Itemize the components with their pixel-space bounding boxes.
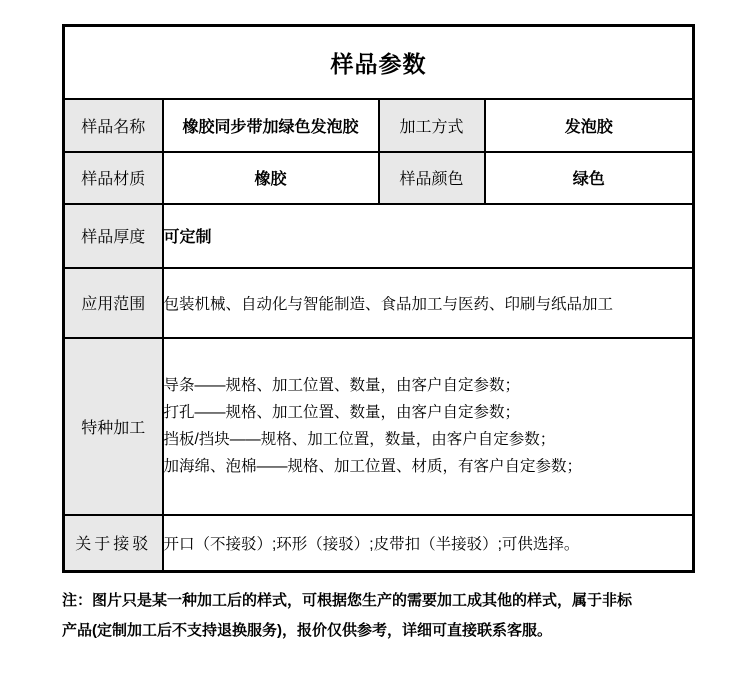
value-splicing: 开口（不接驳）;环形（接驳）;皮带扣（半接驳）;可供选择。 (163, 515, 694, 572)
footnote-line-1: 注：图片只是某一种加工后的样式，可根据您生产的需要加工成其他的样式，属于非标 (62, 586, 712, 616)
table-title-row: 样品参数 (64, 26, 694, 99)
footnote-line-2: 产品(定制加工后不支持退换服务)，报价仅供参考，详细可直接联系客服。 (62, 616, 712, 646)
table-row-application-scope: 应用范围 包装机械、自动化与智能制造、食品加工与医药、印刷与纸品加工 (64, 268, 694, 338)
label-application-scope: 应用范围 (64, 268, 163, 338)
label-sample-thickness: 样品厚度 (64, 204, 163, 268)
value-sample-material: 橡胶 (163, 152, 379, 204)
label-sample-name: 样品名称 (64, 99, 163, 152)
footnote: 注：图片只是某一种加工后的样式，可根据您生产的需要加工成其他的样式，属于非标 产… (62, 586, 712, 646)
page-canvas: 样品参数 样品名称 橡胶同步带加绿色发泡胶 加工方式 发泡胶 样品材质 橡胶 样… (0, 0, 750, 690)
label-splicing: 关于接驳 (64, 515, 163, 572)
special-processing-line-baffle: 挡板/挡块——规格、加工位置，数量，由客户自定参数； (164, 426, 693, 453)
value-special-processing: 导条——规格、加工位置、数量，由客户自定参数； 打孔——规格、加工位置、数量，由… (163, 338, 694, 515)
table-row-sample-name: 样品名称 橡胶同步带加绿色发泡胶 加工方式 发泡胶 (64, 99, 694, 152)
value-sample-thickness: 可定制 (163, 204, 694, 268)
value-processing-method: 发泡胶 (485, 99, 694, 152)
table-row-sample-material: 样品材质 橡胶 样品颜色 绿色 (64, 152, 694, 204)
table-row-special-processing: 特种加工 导条——规格、加工位置、数量，由客户自定参数； 打孔——规格、加工位置… (64, 338, 694, 515)
label-processing-method: 加工方式 (379, 99, 485, 152)
special-processing-line-sponge-foam: 加海绵、泡棉——规格、加工位置、材质，有客户自定参数； (164, 453, 693, 480)
value-sample-color: 绿色 (485, 152, 694, 204)
sample-parameters-table: 样品参数 样品名称 橡胶同步带加绿色发泡胶 加工方式 发泡胶 样品材质 橡胶 样… (62, 24, 695, 573)
value-application-scope: 包装机械、自动化与智能制造、食品加工与医药、印刷与纸品加工 (163, 268, 694, 338)
label-special-processing: 特种加工 (64, 338, 163, 515)
table-row-splicing: 关于接驳 开口（不接驳）;环形（接驳）;皮带扣（半接驳）;可供选择。 (64, 515, 694, 572)
table-title: 样品参数 (64, 26, 694, 99)
value-sample-name: 橡胶同步带加绿色发泡胶 (163, 99, 379, 152)
special-processing-line-punching: 打孔——规格、加工位置、数量，由客户自定参数； (164, 399, 693, 426)
label-sample-color: 样品颜色 (379, 152, 485, 204)
label-sample-material: 样品材质 (64, 152, 163, 204)
special-processing-line-guide-strip: 导条——规格、加工位置、数量，由客户自定参数； (164, 372, 693, 399)
table-row-sample-thickness: 样品厚度 可定制 (64, 204, 694, 268)
